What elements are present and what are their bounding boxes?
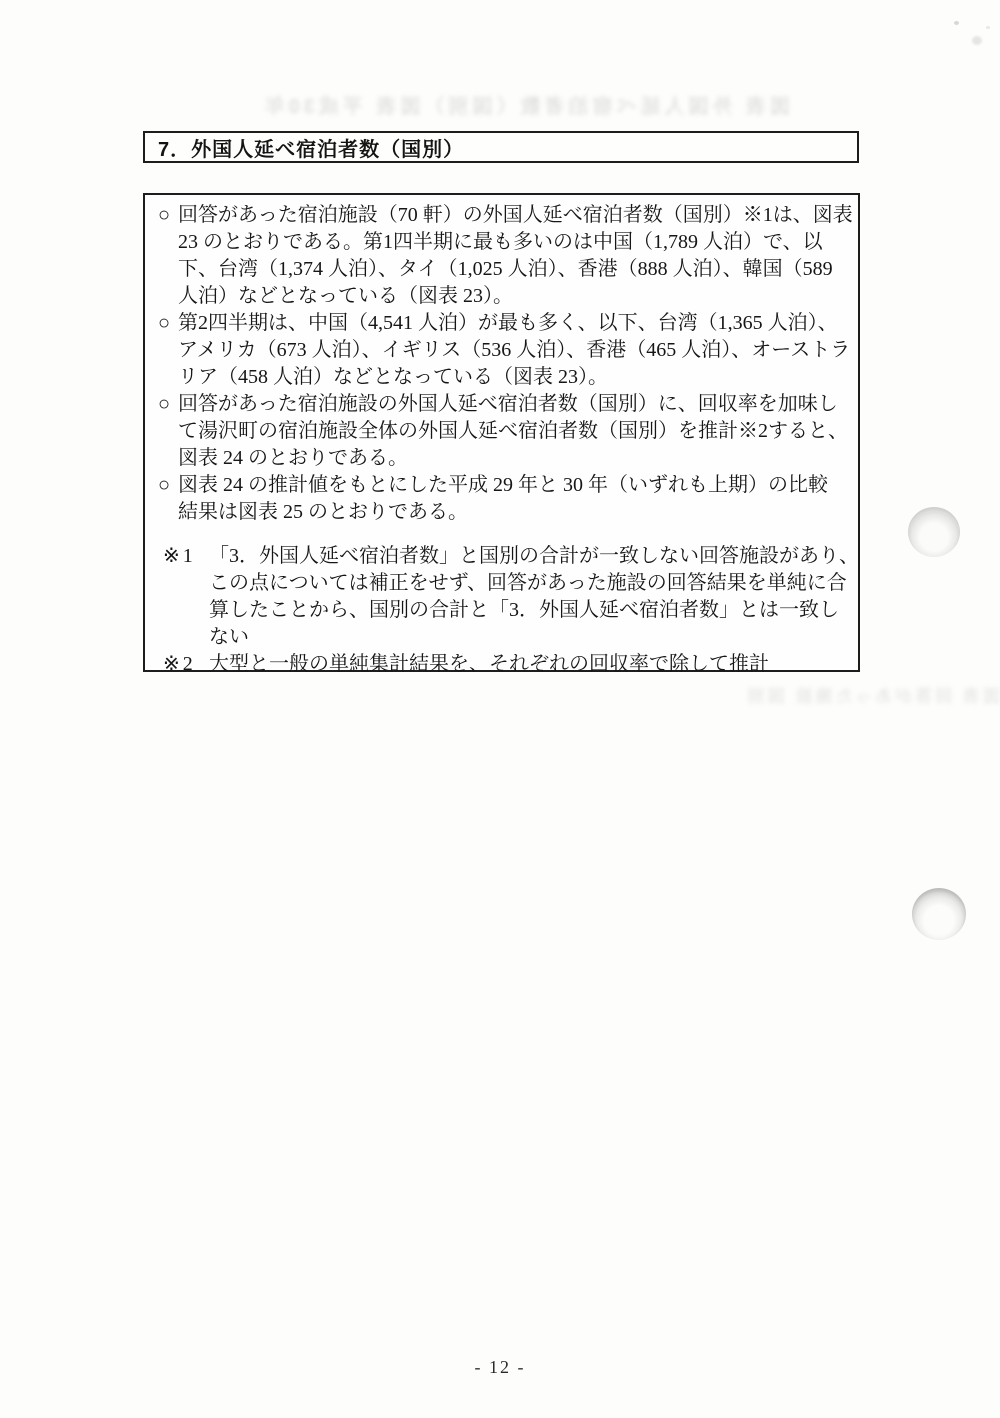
text-line: 図表 24 のとおりである。 (178, 445, 850, 472)
text-line: リア（458 人泊）などとなっている（図表 23）。 (178, 364, 850, 391)
text-line: 回答があった宿泊施設（70 軒）の外国人延べ宿泊者数（国別）※1は、図表 (178, 202, 850, 229)
bullet-paragraph: ○ 図表 24 の推計値をもとにした平成 29 年と 30 年（いずれも上期）の… (158, 472, 850, 526)
text-line: 回答があった宿泊施設の外国人延べ宿泊者数（国別）に、回収率を加味し (178, 391, 850, 418)
page-number: - 12 - (0, 1357, 1000, 1378)
bullet-paragraph: ○ 第2四半期は、中国（4,541 人泊）が最も多く、以下、台湾（1,365 人… (158, 310, 850, 391)
bleed-through-text: 図表 外国人延べ宿泊者数（国別）図表 平成30年 (205, 90, 790, 119)
footnote-marker: ※1 (163, 543, 209, 570)
paragraph-lines: 第2四半期は、中国（4,541 人泊）が最も多く、以下、台湾（1,365 人泊）… (178, 310, 850, 391)
text-line: 結果は図表 25 のとおりである。 (178, 499, 850, 526)
footnote: ※1 「3．外国人延べ宿泊者数」と国別の合計が一致しない回答施設があり、 この点… (158, 543, 850, 651)
footnotes: ※1 「3．外国人延べ宿泊者数」と国別の合計が一致しない回答施設があり、 この点… (158, 543, 850, 678)
text-line: 「3．外国人延べ宿泊者数」と国別の合計が一致しない回答施設があり、 (209, 543, 850, 570)
section-title-box: 7．外国人延べ宿泊者数（国別） (143, 131, 859, 163)
text-line: 図表 24 の推計値をもとにした平成 29 年と 30 年（いずれも上期）の比較 (178, 472, 850, 499)
scan-speck (954, 21, 959, 25)
bullet-marker: ○ (158, 391, 178, 418)
body-text-box: 図表 回答があった施設 国別 ○ 回答があった宿泊施設（70 軒）の外国人延べ宿… (143, 193, 860, 672)
text-line: 算したことから、国別の合計と「3．外国人延べ宿泊者数」とは一致し (209, 597, 850, 624)
text-line: て湯沢町の宿泊施設全体の外国人延べ宿泊者数（国別）を推計※2すると、 (178, 418, 850, 445)
footnote: ※2 大型と一般の単純集計結果を、それぞれの回収率で除して推計 (158, 651, 850, 678)
paragraph-lines: 回答があった宿泊施設の外国人延べ宿泊者数（国別）に、回収率を加味し て湯沢町の宿… (178, 391, 850, 472)
footnote-marker: ※2 (163, 651, 209, 678)
bullet-paragraph: ○ 回答があった宿泊施設の外国人延べ宿泊者数（国別）に、回収率を加味し て湯沢町… (158, 391, 850, 472)
bleed-through-text: 図表 回答があった施設 国別 (610, 683, 1000, 710)
paragraph-lines: 大型と一般の単純集計結果を、それぞれの回収率で除して推計 (209, 651, 850, 678)
scan-speck (986, 26, 990, 29)
bullet-marker: ○ (158, 472, 178, 499)
bullet-marker: ○ (158, 202, 178, 229)
text-line: この点については補正をせず、回答があった施設の回答結果を単純に合 (209, 570, 850, 597)
text-line: 人泊）などとなっている（図表 23）。 (178, 283, 850, 310)
punch-hole-shadow (912, 888, 966, 940)
text-line: 第2四半期は、中国（4,541 人泊）が最も多く、以下、台湾（1,365 人泊）… (178, 310, 850, 337)
text-line: 大型と一般の単純集計結果を、それぞれの回収率で除して推計 (209, 651, 850, 678)
paragraph-lines: 図表 24 の推計値をもとにした平成 29 年と 30 年（いずれも上期）の比較… (178, 472, 850, 526)
punch-hole-shadow (908, 507, 960, 557)
text-line: 23 のとおりである。第1四半期に最も多いのは中国（1,789 人泊）で、以 (178, 229, 850, 256)
bullet-marker: ○ (158, 310, 178, 337)
text-line: アメリカ（673 人泊）、イギリス（536 人泊）、香港（465 人泊）、オース… (178, 337, 850, 364)
text-line: ない (209, 624, 850, 651)
text-line: 下、台湾（1,374 人泊）、タイ（1,025 人泊）、香港（888 人泊）、韓… (178, 256, 850, 283)
section-title: 7．外国人延べ宿泊者数（国別） (158, 133, 464, 162)
scanned-document-page: 図表 外国人延べ宿泊者数（国別）図表 平成30年 7．外国人延べ宿泊者数（国別）… (0, 0, 1000, 1418)
paragraph-lines: 「3．外国人延べ宿泊者数」と国別の合計が一致しない回答施設があり、 この点につい… (209, 543, 850, 651)
paragraph-lines: 回答があった宿泊施設（70 軒）の外国人延べ宿泊者数（国別）※1は、図表 23 … (178, 202, 850, 310)
bullet-paragraph: ○ 回答があった宿泊施設（70 軒）の外国人延べ宿泊者数（国別）※1は、図表 2… (158, 202, 850, 310)
scan-speck (972, 36, 982, 45)
